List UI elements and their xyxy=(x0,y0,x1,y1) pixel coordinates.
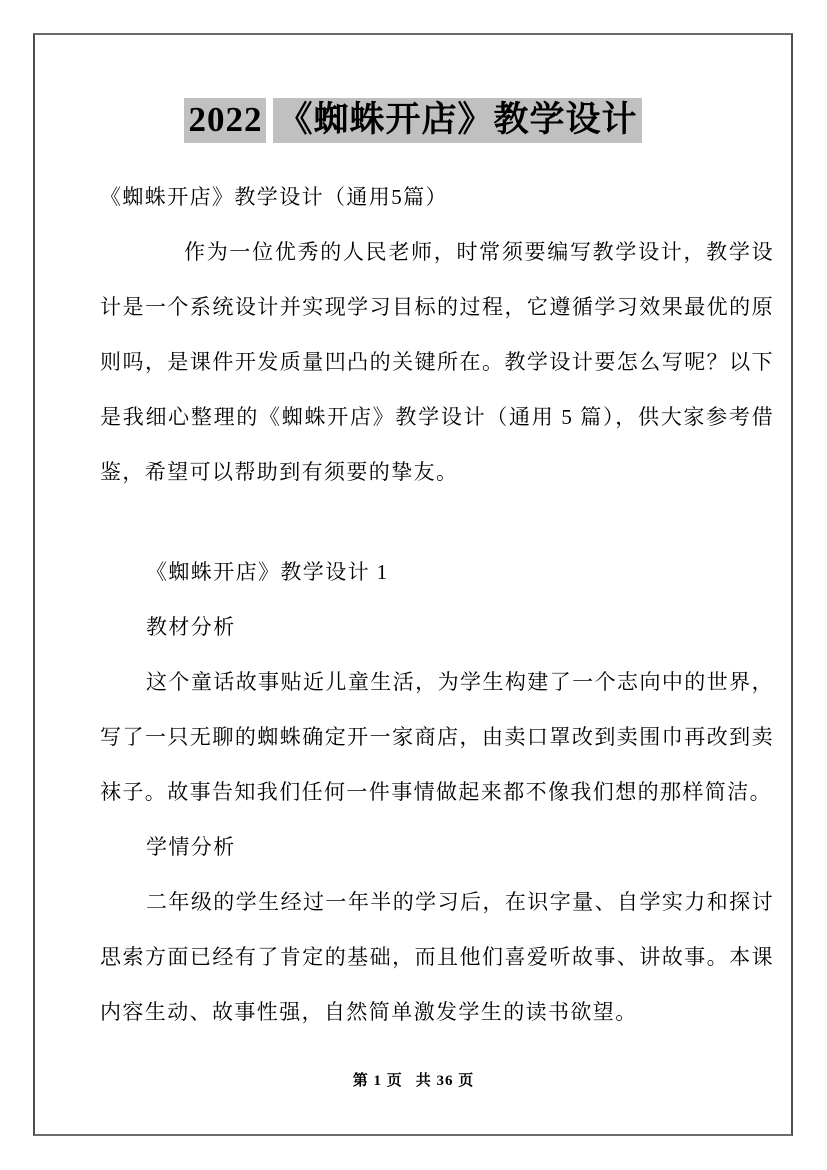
paragraph-learning-analysis: 二年级的学生经过一年半的学习后，在识字量、自学实力和探讨思索方面已经有了肯定的基… xyxy=(100,875,774,1040)
section-1-heading: 《蜘蛛开店》教学设计 1 xyxy=(100,545,774,600)
subtitle-line: 《蜘蛛开店》教学设计（通用5篇） xyxy=(100,170,774,225)
page-footer: 第 1 页共 36 页 xyxy=(0,1070,827,1092)
subheading-material-analysis: 教材分析 xyxy=(100,600,774,655)
title-year-highlight: 2022 xyxy=(184,98,266,143)
document-body: 《蜘蛛开店》教学设计（通用5篇） 作为一位优秀的人民老师，时常须要编写教学设计，… xyxy=(100,170,774,1040)
document-title: 2022《蜘蛛开店》教学设计 xyxy=(33,96,793,143)
page-total-label: 共 36 页 xyxy=(416,1073,475,1089)
subheading-learning-analysis: 学情分析 xyxy=(100,820,774,875)
page-number-label: 第 1 页 xyxy=(353,1073,403,1089)
title-main-highlight: 《蜘蛛开店》教学设计 xyxy=(273,98,641,143)
paragraph-material-analysis: 这个童话故事贴近儿童生活，为学生构建了一个志向中的世界，写了一只无聊的蜘蛛确定开… xyxy=(100,655,774,820)
intro-paragraph: 作为一位优秀的人民老师，时常须要编写教学设计，教学设计是一个系统设计并实现学习目… xyxy=(100,225,774,500)
